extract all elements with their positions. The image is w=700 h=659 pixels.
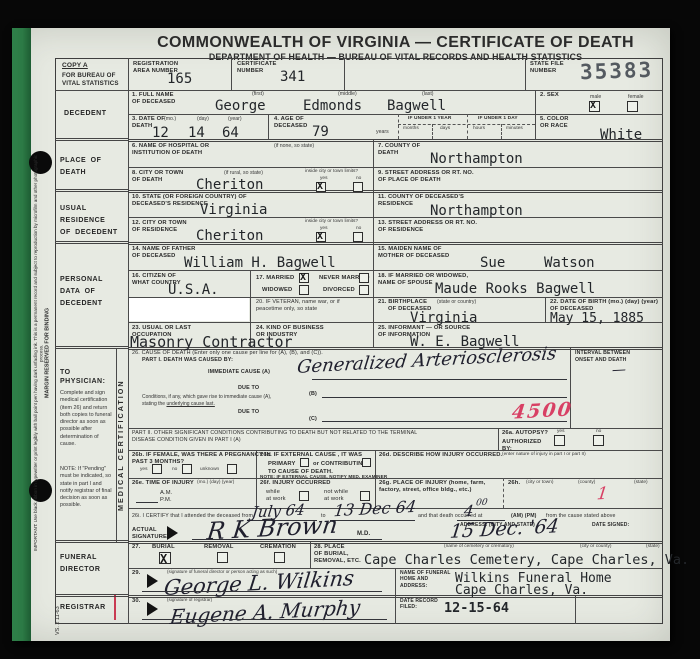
state-file-stamp: 35383 [580,58,654,85]
limits-death-no-checkbox [353,182,363,192]
md-label: M.D. [357,531,370,539]
months-label: months [403,126,419,132]
limits-res-yes-checkbox: X [316,232,326,242]
margin-title: MARGIN RESERVED FOR BINDING [44,148,52,558]
redacted-area [129,298,249,321]
b-label: (B) [309,391,317,398]
certificate-number-label: CERTIFICATE NUMBER [237,61,277,75]
while-at-work-checkbox [299,491,309,501]
signature-arrow-icon [167,526,178,540]
how-injury-label: 26d. DESCRIBE HOW INJURY OCCURRED. [379,452,502,459]
male-check-mark: X [590,100,596,111]
value-first-name: George [215,99,266,113]
sidebar-place-of-death: PLACE OF DEATH [60,155,101,179]
conditions-text: Conditions, if any, which gave rise to i… [142,394,274,408]
divorced-checkbox [359,285,369,295]
minutes-label: minutes [506,126,523,132]
actual-signature-label: ACTUAL SIGNATURE [132,527,167,541]
registrar-sig-hint: (signature of registrar) [167,597,212,603]
value-funeral-home-2: Cape Charles, Va. [455,584,588,597]
limits-no-label: no [356,176,361,182]
limits-res-check-mark: X [317,231,323,242]
mo-hint: (mo.) [164,116,176,122]
registration-value: 165 [167,72,192,86]
value-mother-last: Watson [544,256,595,270]
burial-label: BURIAL [152,544,175,551]
injury-county-hint: (county) [578,480,595,486]
red-code-4500: 4500 [511,398,575,423]
sidebar-to-physician-body: Complete and sign medical certification … [60,390,112,448]
limits-death-check-mark: X [317,181,323,192]
value-dob: May 15, 1885 [550,312,644,325]
burial-checkbox: X [159,552,171,564]
scanned-death-certificate: IMPORTANT: Use black ribbon in typewrite… [0,0,700,659]
field-hospital-label: 6. NAME OF HOSPITAL OR INSTITUTION OF DE… [132,143,209,157]
value-state-residence: Virginia [200,203,267,217]
value-color-race: White [600,128,642,142]
never-married-checkbox [359,273,369,283]
value-time-sup: 00 [475,498,488,509]
value-birthplace: Virginia [410,311,477,325]
date-signed-label: DATE SIGNED: [592,522,629,528]
sidebar-decedent: DECEDENT [64,108,107,120]
sidebar-usual-residence: USUAL RESIDENCE OF DECEDENT [60,203,118,239]
value-last-name: Bagwell [387,99,446,113]
state-hint: (state) [646,544,660,550]
sidebar-medical-certification: MEDICAL CERTIFICATION [116,350,128,540]
autopsy-no-label: no [596,429,601,435]
contributing-checkbox [362,458,371,467]
sidebar-divider [128,58,129,624]
contributing-label: or CONTRIBUTING [313,461,367,468]
cremation-label: CREMATION [260,544,296,551]
days-label: days [440,126,450,132]
autopsy-yes-label: yes [557,429,564,435]
hours-label: hours [473,126,485,132]
f26h-label: 26h. [508,480,520,487]
copy-sub: FOR BUREAU OF VITAL STATISTICS [62,72,119,88]
funeral-director-arrow-icon [147,574,158,588]
last-hint: (last) [422,91,434,97]
pregnancy-unknown-checkbox [227,464,237,474]
field-street-of-death-label: 9. STREET ADDRESS OR RT. NO. OF PLACE OF… [378,170,474,184]
funeral-home-label: NAME OF FUNERAL HOME AND ADDRESS: [400,570,451,589]
removal-label: REMOVAL [204,544,234,551]
under-1-year-label: IF UNDER 1 YEAR [408,116,451,122]
field-full-name-label: 1. FULL NAME OF DECEASED [132,92,176,106]
marital-divorced-label: DIVORCED [323,287,355,294]
cause-of-death-label: 26. CAUSE OF DEATH (Enter only one cause… [132,350,323,357]
limits-res-no-checkbox [353,232,363,242]
due-to-c-label: DUE TO [238,409,259,416]
sidebar-funeral-director: FUNERAL DIRECTOR [60,552,100,576]
f27-label: 27. [132,544,141,551]
place-of-burial-label: 28. PLACE OF BURIAL, REMOVAL, ETC. [314,544,361,566]
conditions-text-2: underlying cause last. [166,401,214,407]
sidebar-personal-data: PERSONAL DATA OF DECEDENT [60,274,103,310]
marital-widowed-label: WIDOWED [262,287,292,294]
certificate-title: COMMONWEALTH OF VIRGINIA — CERTIFICATE O… [128,33,663,53]
c-label: (C) [309,416,317,423]
injury-occurred-label: 26f. INJURY OCCURRED [260,480,331,487]
binding-margin-text: IMPORTANT: Use black ribbon in typewrite… [33,148,55,558]
field-veteran-label: 20. IF VETERAN, name war, or if peacetim… [256,299,340,313]
field-city-residence-label: 12. CITY OR TOWN OF RESIDENCE [132,220,187,234]
limits-death-yes-checkbox: X [316,182,326,192]
value-city-of-death: Cheriton [196,178,263,192]
middle-hint: (middle) [338,91,357,97]
cremation-checkbox [274,552,285,563]
first-hint: (first) [252,91,264,97]
birthplace-hint: (state or country) [437,299,476,305]
certificate-paper: IMPORTANT: Use black ribbon in typewrite… [12,28,670,641]
margin-note: IMPORTANT: Use black ribbon in typewrite… [33,148,44,558]
autopsy-no-checkbox [593,435,604,446]
autopsy-label: 26a. AUTOPSY? [502,430,548,437]
sex-male-checkbox: X [589,101,600,112]
field-industry-label: 24. KIND OF BUSINESS OR INDUSTRY [256,325,324,339]
married-checkbox: X [299,273,309,283]
sex-female-checkbox [627,101,638,112]
city-county-hint: (city or county) [580,544,611,550]
value-mother-first: Sue [480,256,505,270]
value-death-year: 64 [222,126,239,140]
value-date-filed: 12-15-64 [444,602,509,616]
value-time-of-death: 4 [463,502,475,521]
value-place-of-burial: Cape Charles Cemetery, Cape Charles, Va. [364,554,689,568]
pm-label: P.M. [160,497,172,504]
interval-value: — [611,362,627,379]
autopsy-yes-checkbox [554,435,565,446]
widowed-checkbox [299,285,309,295]
field-color-race-label: 5. COLOR OR RACE [540,116,569,130]
value-county-residence: Northampton [430,204,523,218]
time-of-injury-label: 26e. TIME OF INJURY [132,480,194,487]
value-father-name: William H. Bagwell [184,256,336,270]
pregnancy-unknown-label: unknown [200,467,219,473]
pregnancy-yes-checkbox [152,464,162,474]
immediate-cause-label: IMMEDIATE CAUSE (A) [208,369,270,376]
green-binding-stripe [12,28,31,641]
burial-check-mark: X [160,552,167,566]
year-hint: (year) [228,116,242,122]
injury-city-hint: (city or town) [526,480,553,486]
value-middle-name: Edmonds [303,99,362,113]
cemetery-hint: (name of cemetery or crematory) [444,544,514,550]
under-1-day-label: IF UNDER 1 DAY [478,116,518,122]
external-cause-label: 26c. IF EXTERNAL CAUSE , IT WAS [260,452,362,459]
field-county-of-death-label: 7. COUNTY OF DEATH [378,143,420,157]
pregnancy-yes-label: yes [140,467,147,473]
value-age: 79 [312,125,329,139]
value-spouse: Maude Rooks Bagwell [435,282,595,296]
certificate-number-value: 341 [280,70,305,84]
sidebar-to-physician-title: TO PHYSICIAN: [60,368,105,386]
pregnancy-no-label: no [172,467,177,473]
injury-state-hint: (state) [634,480,648,486]
time-of-injury-sub: (mo.) (day) (year) [197,480,234,486]
field-mother-label: 15. MAIDEN NAME OF MOTHER OF DECEASED [378,246,449,260]
f30-label: 30. [132,598,141,605]
pregnancy-no-checkbox [182,464,192,474]
part1-label: PART I. DEATH WAS CAUSED BY: [142,357,233,364]
value-city-residence: Cheriton [196,229,263,243]
f29-label: 29. [132,570,141,577]
limits-res-no-label: no [356,226,361,232]
part2-label: PART II. OTHER SIGNIFICANT CONDITIONS CO… [132,430,417,443]
place-of-injury-label: 26g. PLACE OF INJURY (home, farm, factor… [379,480,485,494]
removal-checkbox [217,552,228,563]
sex-female-label: female [628,94,644,100]
day-hint: (day) [197,116,209,122]
primary-label: PRIMARY [268,461,296,468]
value-death-day: 14 [188,126,205,140]
limits-question-death: inside city or town limits? [305,169,358,175]
value-death-month: 12 [152,126,169,140]
registrar-arrow-icon [147,602,158,616]
field-sex-label: 2. SEX [540,92,559,99]
years-label: years [376,129,389,135]
city-of-death-hint: (if rural, so state) [224,170,263,176]
copy-label: COPY A [62,62,88,70]
field-city-of-death-label: 8. CITY OR TOWN OF DEATH [132,170,183,184]
primary-checkbox [300,458,309,467]
field-age-label: 4. AGE OF DECEASED [274,116,307,130]
sidebar-note-body: NOTE: If "Pending" must be indicated, so… [60,466,112,510]
value-citizen: U.S.A. [168,283,219,297]
how-injury-hint: (enter nature of injury in part I or par… [502,452,586,458]
due-to-b-label: DUE TO [238,385,259,392]
hospital-hint: (if none, so state) [274,143,314,149]
married-check-mark: X [300,272,306,283]
marital-married-label: 17. MARRIED [256,275,294,282]
registrar-red-mark [114,594,116,620]
value-county-of-death: Northampton [430,152,523,166]
limits-question-res: inside city or town limits? [305,219,358,225]
external-note-label: NOTE: IF EXTERNAL CAUSE, NOTIFY MED. EXA… [260,474,387,480]
field-street-residence-label: 13. STREET ADDRESS OR RT. NO. OF RESIDEN… [378,220,477,234]
date-filed-label: DATE RECORD FILED: [400,598,438,611]
sidebar-registrar: REGISTRAR [60,602,106,614]
state-file-label: STATE FILE NUMBER [530,61,564,75]
